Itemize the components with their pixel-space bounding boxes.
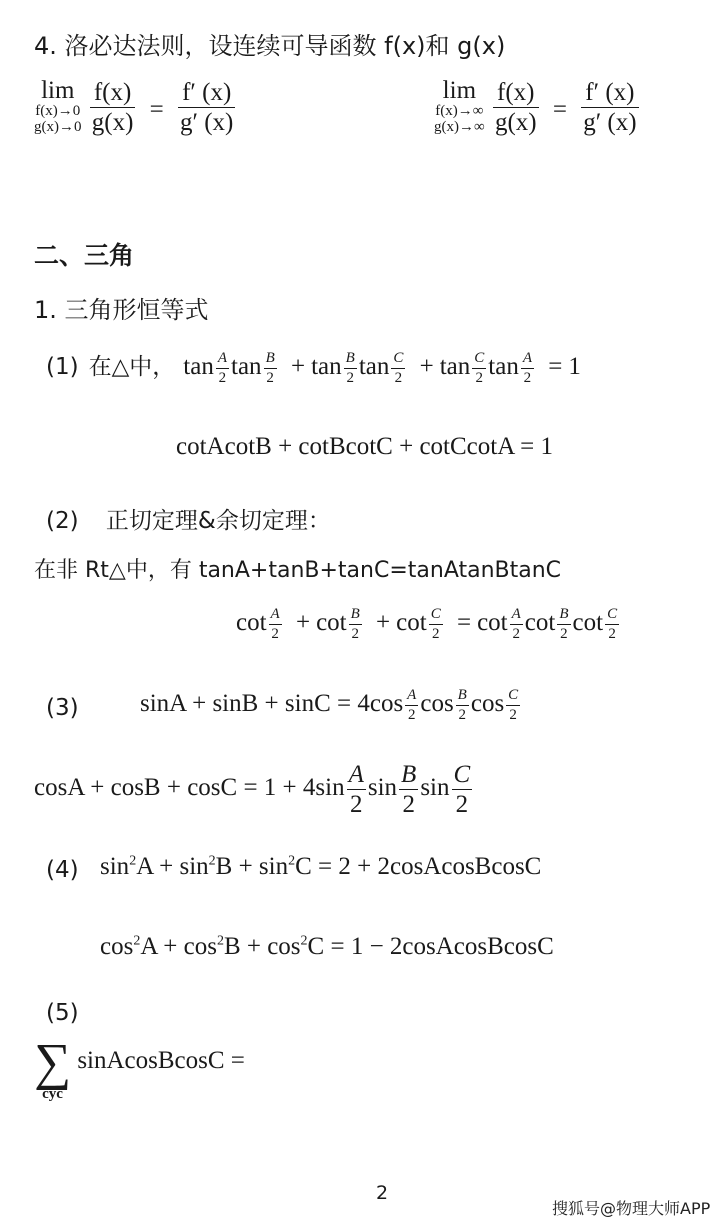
section-4-heading: 4. 洛必达法则，设连续可导函数 f(x)和 g(x) bbox=[34, 26, 505, 61]
item-label: (2) bbox=[46, 508, 79, 534]
item-3-label: (3) bbox=[46, 695, 79, 721]
fraction: f(x)g(x) bbox=[90, 80, 136, 135]
sin-squared-identity: sin2A + sin2B + sin2C = 2 + 2cosAcosBcos… bbox=[100, 853, 541, 881]
sigma-symbol: ∑cyc bbox=[34, 1040, 71, 1102]
limit-operator: lim f(x)→∞ g(x)→∞ bbox=[434, 78, 485, 136]
item-2: (2) 正切定理&余切定理： bbox=[46, 502, 331, 535]
fraction: f(x)g(x) bbox=[493, 80, 539, 135]
section-trig-heading: 二、三角 bbox=[34, 236, 134, 272]
cos-squared-identity: cos2A + cos2B + cos2C = 1 − 2cosAcosBcos… bbox=[100, 933, 554, 961]
lhopital-formula-infinity: lim f(x)→∞ g(x)→∞ f(x)g(x) = f′ (x)g′ (x… bbox=[434, 78, 641, 136]
cot-identity: cotAcotB + cotBcotC + cotCcotA = 1 bbox=[176, 433, 553, 461]
cyclic-sum-formula: ∑cyc sinAcosBcosC = bbox=[34, 1040, 245, 1102]
fraction: f′ (x)g′ (x) bbox=[581, 80, 638, 135]
item-5-label: (5) bbox=[46, 1000, 79, 1026]
lhopital-formula-zero: lim f(x)→0 g(x)→0 f(x)g(x) = f′ (x)g′ (x… bbox=[34, 78, 237, 136]
item-prefix: 在△中， bbox=[89, 354, 176, 380]
subheading-triangle-identities: 1. 三角形恒等式 bbox=[34, 290, 209, 325]
tan-identity: tanA2tanB2 +tanB2tanC2 +tanC2tanA2 =1 bbox=[183, 353, 581, 380]
cotangent-theorem: cotA2 +cotB2 +cotC2 =cotA2cotB2cotC2 bbox=[236, 607, 621, 642]
page-number: 2 bbox=[376, 1182, 388, 1204]
cos-sum-identity: cosA + cosB + cosC = 1 + 4sinA2sinB2sinC… bbox=[34, 762, 474, 817]
item-4-label: (4) bbox=[46, 857, 79, 883]
item-label: (1) bbox=[46, 354, 79, 380]
limit-operator: lim f(x)→0 g(x)→0 bbox=[34, 78, 82, 136]
sin-sum-identity: sinA + sinB + sinC = 4cosA2cosB2cosC2 bbox=[140, 688, 522, 723]
item-title: 正切定理&余切定理： bbox=[106, 508, 331, 534]
fraction: f′ (x)g′ (x) bbox=[178, 80, 235, 135]
item-1: (1) 在△中， tanA2tanB2 +tanB2tanC2 +tanC2ta… bbox=[46, 348, 581, 386]
watermark: 搜狐号@物理大师APP bbox=[552, 1196, 710, 1219]
tangent-theorem-line: 在非 Rt△中，有 tanA+tanB+tanC=tanAtanBtanC bbox=[34, 553, 561, 584]
